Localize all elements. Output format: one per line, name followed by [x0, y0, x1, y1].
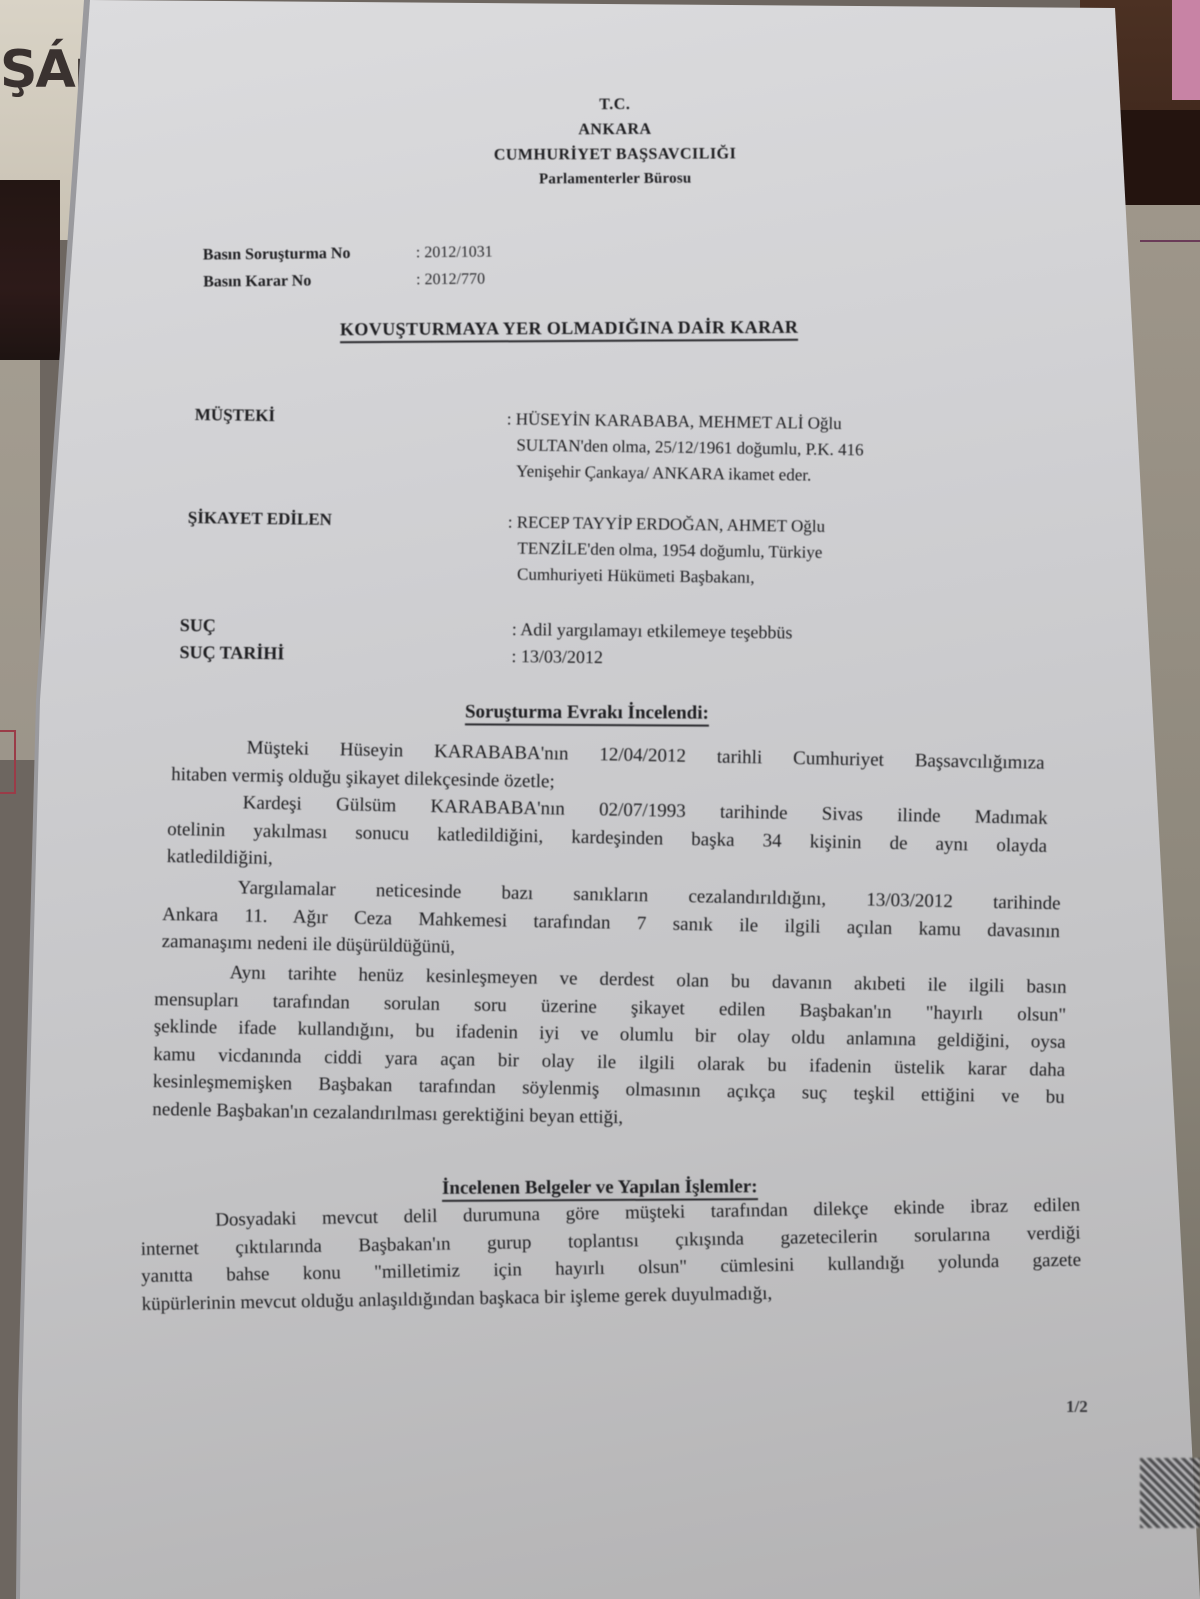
crime-date-label: SUÇ TARİHİ — [179, 639, 511, 670]
crime-block: SUÇ : Adil yargılamayı etkilemeye teşebb… — [179, 612, 792, 673]
reference-numbers: Basın Soruşturma No : 2012/1031 Basın Ka… — [203, 238, 493, 295]
reference-value: : 2012/770 — [416, 266, 485, 294]
crime-label: SUÇ — [180, 612, 512, 643]
header-bureau: Parlamenterler Bürosu — [440, 166, 790, 193]
document-header: T.C. ANKARA CUMHURİYET BAŞSAVCILIĞI Parl… — [440, 91, 791, 193]
complainant-block: MÜŞTEKİ : HÜSEYİN KARABABA, MEHMET ALİ O… — [194, 402, 987, 491]
paragraph: Dosyadaki mevcut delil durumuna göre müş… — [140, 1192, 1082, 1318]
page-number: 1/2 — [1066, 1397, 1088, 1417]
decision-title: KOVUŞTURMAYA YER OLMADIĞINA DAİR KARAR — [340, 317, 798, 343]
crime-value: : Adil yargılamayı etkilemeye teşebbüs — [512, 616, 793, 646]
crime-date-value: : 13/03/2012 — [511, 643, 603, 671]
reference-label: Basın Soruşturma No — [203, 239, 416, 268]
accused-line: Cumhuriyeti Hükümeti Başbakanı, — [507, 561, 987, 594]
reference-row: Basın Karar No : 2012/770 — [203, 265, 493, 295]
complainant-details: : HÜSEYİN KARABABA, MEHMET ALİ Oğlu SULT… — [506, 406, 987, 491]
section-title-investigation: Soruşturma Evrakı İncelendi: — [465, 701, 709, 726]
accused-label: ŞİKAYET EDİLEN — [187, 505, 508, 587]
paragraph: Yargılamalar neticesinde bazı sanıkların… — [161, 873, 1060, 973]
header-tc: T.C. — [440, 91, 790, 118]
complainant-label: MÜŞTEKİ — [194, 402, 507, 484]
accused-details: : RECEP TAYYİP ERDOĞAN, AHMET Oğlu TENZİ… — [507, 509, 988, 594]
document-content: T.C. ANKARA CUMHURİYET BAŞSAVCILIĞI Parl… — [0, 0, 1200, 1599]
paragraph: Aynı tarihte henüz kesinleşmeyen ve derd… — [152, 958, 1067, 1139]
reference-value: : 2012/1031 — [416, 238, 493, 266]
paragraph: Kardeşi Gülsüm KARABABA'nın 02/07/1993 t… — [166, 788, 1047, 887]
complainant-line: Yenişehir Çankaya/ ANKARA ikamet eder. — [506, 458, 986, 491]
header-city: ANKARA — [440, 116, 790, 143]
qr-code-icon — [1140, 1458, 1200, 1528]
reference-label: Basın Karar No — [203, 266, 416, 295]
accused-block: ŞİKAYET EDİLEN : RECEP TAYYİP ERDOĞAN, A… — [187, 505, 988, 594]
header-office: CUMHURİYET BAŞSAVCILIĞI — [440, 141, 790, 168]
reference-row: Basın Soruşturma No : 2012/1031 — [203, 238, 493, 268]
